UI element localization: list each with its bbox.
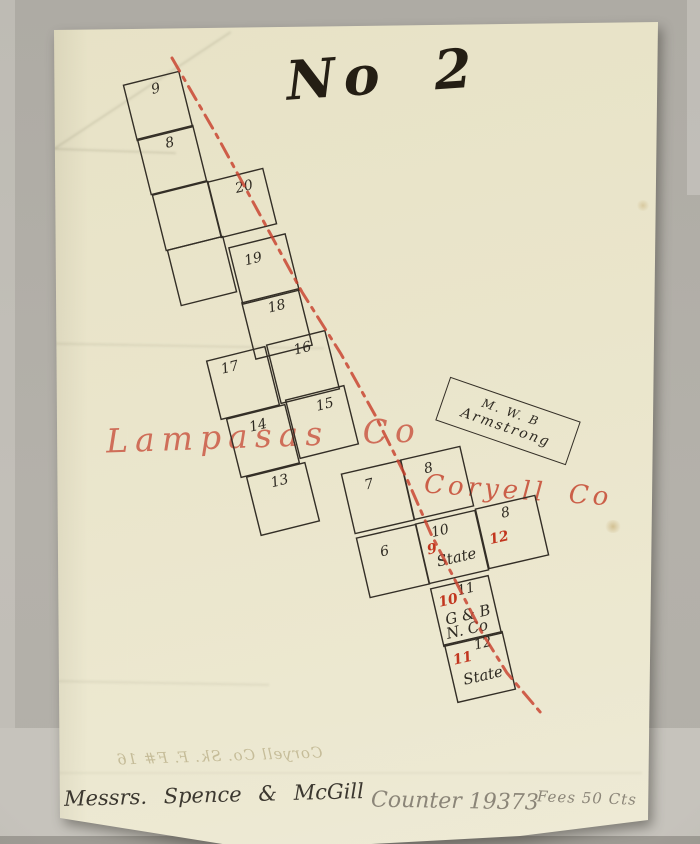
survey-block-15: 15 <box>286 386 359 459</box>
survey-block-16: 16 <box>267 331 340 404</box>
block-number: 6 <box>379 543 391 561</box>
survey-block-9: 9 <box>123 71 192 140</box>
block-red-number: 11 <box>451 649 474 669</box>
survey-block-outline <box>475 495 548 568</box>
block-number: 16 <box>292 339 313 359</box>
block-owner: State <box>461 662 504 689</box>
block-number: 8 <box>164 134 177 152</box>
survey-block-blank-b <box>167 236 236 305</box>
survey-block-11: 1110G & BN. Co <box>431 576 502 647</box>
counter-number-note: Counter 19373 <box>371 788 539 816</box>
survey-block-8b: 8 <box>400 446 473 519</box>
survey-block-outline <box>400 446 473 519</box>
block-number: 15 <box>314 395 335 415</box>
block-number: 8 <box>422 460 434 478</box>
block-owner: State <box>435 544 478 571</box>
block-number: 7 <box>363 476 375 494</box>
block-number: 18 <box>266 297 287 317</box>
block-number: 10 <box>430 521 451 541</box>
block-red-number: 12 <box>488 528 511 548</box>
survey-block-8-12: 812 <box>475 495 548 568</box>
survey-map-drawing: 982019181716141513786109State8121110G & … <box>0 0 700 844</box>
block-number: 19 <box>243 249 264 269</box>
block-number: 13 <box>269 471 290 491</box>
photograph-of-survey-sketch: No 2 Lampasas Co Coryell Co M. W. B Arms… <box>0 0 700 844</box>
block-number: 14 <box>248 416 269 436</box>
block-number: 9 <box>150 80 163 98</box>
block-number: 17 <box>219 358 240 378</box>
block-number: 8 <box>499 504 511 522</box>
fee-note: Fees 50 Cts <box>537 787 637 808</box>
survey-block-outline <box>167 236 236 305</box>
